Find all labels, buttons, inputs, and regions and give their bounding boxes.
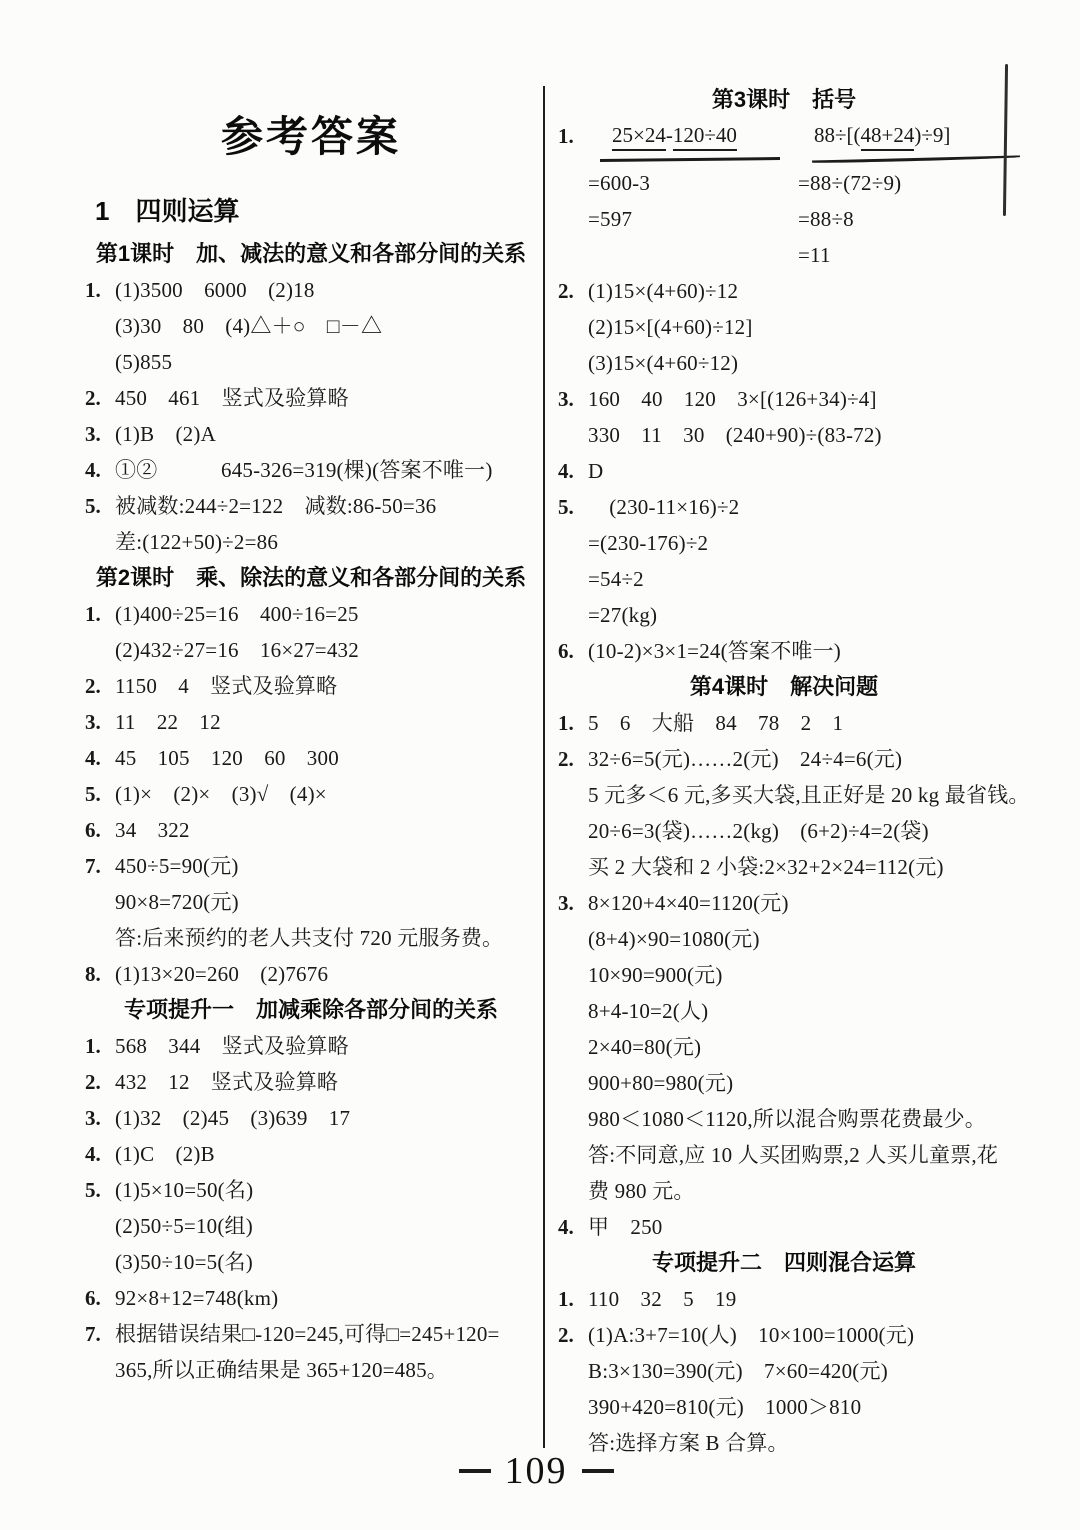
- item-content: 568 344 竖式及验算略: [115, 1028, 537, 1064]
- item-number: 1.: [85, 596, 115, 632]
- item-number: 1.: [558, 705, 588, 741]
- item-number: 1.: [558, 118, 588, 154]
- column-divider-line: [543, 86, 545, 1448]
- answer-line: 20÷6=3(袋)……2(kg) (6+2)÷4=2(袋): [588, 813, 1010, 849]
- answer-line: B:3×130=390(元) 7×60=420(元): [588, 1353, 1010, 1389]
- item-content: 甲 250: [588, 1209, 1010, 1245]
- answer-item: 1.568 344 竖式及验算略: [85, 1028, 537, 1064]
- answer-line: (1)C (2)B: [115, 1136, 537, 1172]
- answer-line: 8×120+4×40=1120(元): [588, 885, 1010, 921]
- answer-line: 5 元多＜6 元,多买大袋,且正好是 20 kg 最省钱。: [588, 777, 1010, 813]
- item-number: 4.: [85, 452, 115, 488]
- answer-line: =88÷8: [798, 201, 1020, 237]
- item-number: 3.: [558, 381, 588, 417]
- item-content: 5 6 大船 84 78 2 1: [588, 705, 1010, 741]
- answer-line: (8+4)×90=1080(元): [588, 921, 1010, 957]
- page-number: 109: [505, 1450, 568, 1492]
- item-content: (1)B (2)A: [115, 416, 537, 452]
- worked-solution: 1.25×24-120÷40=600-3=59788÷[(48+24)÷9]=8…: [558, 118, 1010, 273]
- answer-key-page: 参考答案 1 四则运算 第1课时 加、减法的意义和各部分间的关系1.(1)350…: [0, 0, 1080, 1530]
- item-number: 4.: [558, 453, 588, 489]
- item-number: 2.: [558, 1317, 588, 1353]
- handdrawn-rule: [812, 155, 1020, 163]
- answer-line: 差:(122+50)÷2=86: [115, 524, 537, 560]
- answer-line: 110 32 5 19: [588, 1281, 1010, 1317]
- answer-line: 8+4-10=2(人): [588, 993, 1010, 1029]
- item-number: 2.: [85, 1064, 115, 1100]
- worked-expression: 88÷[(48+24)÷9]: [814, 118, 1020, 152]
- item-content: 110 32 5 19: [588, 1281, 1010, 1317]
- worked-content: 25×24-120÷40=600-3=59788÷[(48+24)÷9]=88÷…: [588, 118, 1010, 273]
- answer-line: (1)A:3+7=10(人) 10×100=1000(元): [588, 1317, 1010, 1353]
- answer-line: (1)B (2)A: [115, 416, 537, 452]
- item-number: 1.: [85, 272, 115, 308]
- underlined-expression: 48+24: [861, 123, 915, 151]
- item-content: (1)3500 6000 (2)18(3)30 80 (4)△＋○ □－△(5)…: [115, 272, 537, 380]
- item-number: 6.: [85, 812, 115, 848]
- answer-line: 34 322: [115, 812, 537, 848]
- answer-line: 费 980 元。: [588, 1173, 1010, 1209]
- underlined-expression: 25×24: [612, 123, 666, 151]
- answer-line: (2)15×[(4+60)÷12]: [588, 309, 1010, 345]
- answer-item: 5.(1)× (2)× (3)√ (4)×: [85, 776, 537, 812]
- item-content: ①② 645-326=319(棵)(答案不唯一): [115, 452, 537, 488]
- answer-line: =(230-176)÷2: [588, 525, 1010, 561]
- item-content: (10-2)×3×1=24(答案不唯一): [588, 633, 1010, 669]
- answer-line: 390+420=810(元) 1000＞810: [588, 1389, 1010, 1425]
- answer-item: 3.8×120+4×40=1120(元)(8+4)×90=1080(元)10×9…: [558, 885, 1010, 1209]
- answer-line: 32÷6=5(元)……2(元) 24÷4=6(元): [588, 741, 1010, 777]
- item-content: 被减数:244÷2=122 减数:86-50=36差:(122+50)÷2=86: [115, 488, 537, 560]
- answer-line: 答:不同意,应 10 人买团购票,2 人买儿童票,花: [588, 1137, 1010, 1173]
- answer-item: 1.(1)400÷25=16 400÷16=25(2)432÷27=16 16×…: [85, 596, 537, 668]
- answer-line: 160 40 120 3×[(126+34)÷4]: [588, 381, 1010, 417]
- item-content: (1)15×(4+60)÷12(2)15×[(4+60)÷12](3)15×(4…: [588, 273, 1010, 381]
- answer-item: 6.(10-2)×3×1=24(答案不唯一): [558, 633, 1010, 669]
- item-number: 3.: [85, 704, 115, 740]
- item-content: (1)C (2)B: [115, 1136, 537, 1172]
- answer-line: 900+80=980(元): [588, 1065, 1010, 1101]
- answer-item: 5.被减数:244÷2=122 减数:86-50=36差:(122+50)÷2=…: [85, 488, 537, 560]
- answer-line: 450÷5=90(元): [115, 848, 537, 884]
- lesson-heading: 专项提升二 四则混合运算: [558, 1245, 1010, 1281]
- answer-line: 买 2 大袋和 2 小袋:2×32+2×24=112(元): [588, 849, 1010, 885]
- footer-dash: [582, 1469, 614, 1473]
- answer-item: 4.①② 645-326=319(棵)(答案不唯一): [85, 452, 537, 488]
- item-content: 32÷6=5(元)……2(元) 24÷4=6(元)5 元多＜6 元,多买大袋,且…: [588, 741, 1010, 885]
- item-number: 2.: [558, 273, 588, 309]
- answer-line: 甲 250: [588, 1209, 1010, 1245]
- answer-item: 7.根据错误结果□-120=245,可得□=245+120=365,所以正确结果…: [85, 1316, 537, 1388]
- item-number: 6.: [85, 1280, 115, 1316]
- item-content: 160 40 120 3×[(126+34)÷4]330 11 30 (240+…: [588, 381, 1010, 453]
- expression-segment: -: [666, 123, 673, 147]
- answer-item: 4.45 105 120 60 300: [85, 740, 537, 776]
- answer-line: (2)50÷5=10(组): [115, 1208, 537, 1244]
- answer-line: (3)30 80 (4)△＋○ □－△: [115, 308, 537, 344]
- left-column-blocks: 第1课时 加、减法的意义和各部分间的关系1.(1)3500 6000 (2)18…: [85, 236, 537, 1388]
- worked-left-column: 25×24-120÷40=600-3=597: [588, 118, 798, 273]
- left-column: 参考答案 1 四则运算 第1课时 加、减法的意义和各部分间的关系1.(1)350…: [85, 98, 537, 1388]
- answer-item: 4.D: [558, 453, 1010, 489]
- worked-right-column: 88÷[(48+24)÷9]=88÷(72÷9)=88÷8=11: [798, 118, 1020, 273]
- answer-line: (230-11×16)÷2: [588, 489, 1010, 525]
- item-number: 8.: [85, 956, 115, 992]
- item-number: 7.: [85, 848, 115, 884]
- answer-line: 568 344 竖式及验算略: [115, 1028, 537, 1064]
- answer-line: 92×8+12=748(km): [115, 1280, 537, 1316]
- answer-line: =54÷2: [588, 561, 1010, 597]
- item-content: (1)A:3+7=10(人) 10×100=1000(元)B:3×130=390…: [588, 1317, 1010, 1461]
- answer-item: 5.(1)5×10=50(名)(2)50÷5=10(组)(3)50÷10=5(名…: [85, 1172, 537, 1280]
- expression-segment: 88÷[(: [814, 123, 861, 147]
- underlined-expression: 120÷40: [673, 123, 737, 151]
- page-footer: 109: [0, 1450, 1072, 1492]
- answer-line: 90×8=720(元): [115, 884, 537, 920]
- answer-line: 答:后来预约的老人共支付 720 元服务费。: [115, 920, 537, 956]
- item-content: 1150 4 竖式及验算略: [115, 668, 537, 704]
- answer-item: 2.1150 4 竖式及验算略: [85, 668, 537, 704]
- lesson-heading: 第4课时 解决问题: [558, 669, 1010, 705]
- lesson-heading: 第2课时 乘、除法的意义和各部分间的关系: [85, 560, 537, 596]
- item-content: (1)× (2)× (3)√ (4)×: [115, 776, 537, 812]
- answer-line: 330 11 30 (240+90)÷(83-72): [588, 417, 1010, 453]
- answer-item: 3.(1)32 (2)45 (3)639 17: [85, 1100, 537, 1136]
- item-content: 450÷5=90(元)90×8=720(元)答:后来预约的老人共支付 720 元…: [115, 848, 537, 956]
- answer-line: (1)15×(4+60)÷12: [588, 273, 1010, 309]
- answer-line: (3)50÷10=5(名): [115, 1244, 537, 1280]
- answer-item: 2.450 461 竖式及验算略: [85, 380, 537, 416]
- lesson-heading: 第1课时 加、减法的意义和各部分间的关系: [85, 236, 537, 272]
- item-number: 6.: [558, 633, 588, 669]
- answer-item: 4.甲 250: [558, 1209, 1010, 1245]
- answer-item: 1.5 6 大船 84 78 2 1: [558, 705, 1010, 741]
- answer-item: 2.(1)15×(4+60)÷12(2)15×[(4+60)÷12](3)15×…: [558, 273, 1010, 381]
- answer-line: =27(kg): [588, 597, 1010, 633]
- item-content: 450 461 竖式及验算略: [115, 380, 537, 416]
- answer-line: 1150 4 竖式及验算略: [115, 668, 537, 704]
- item-number: 1.: [85, 1028, 115, 1064]
- worked-pair: 25×24-120÷40=600-3=59788÷[(48+24)÷9]=88÷…: [588, 118, 1010, 273]
- item-number: 3.: [558, 885, 588, 921]
- section-heading: 1 四则运算: [95, 194, 537, 228]
- item-content: 8×120+4×40=1120(元)(8+4)×90=1080(元)10×90=…: [588, 885, 1010, 1209]
- answer-line: (1)× (2)× (3)√ (4)×: [115, 776, 537, 812]
- page-title: 参考答案: [85, 112, 537, 162]
- answer-line: 365,所以正确结果是 365+120=485。: [115, 1352, 537, 1388]
- answer-line: 11 22 12: [115, 704, 537, 740]
- answer-line: 450 461 竖式及验算略: [115, 380, 537, 416]
- answer-line: ①② 645-326=319(棵)(答案不唯一): [115, 452, 537, 488]
- answer-line: =11: [798, 237, 1020, 273]
- item-number: 3.: [85, 416, 115, 452]
- lesson-heading: 第3课时 括号: [558, 82, 1010, 118]
- item-content: 432 12 竖式及验算略: [115, 1064, 537, 1100]
- answer-line: 10×90=900(元): [588, 957, 1010, 993]
- answer-line: 432 12 竖式及验算略: [115, 1064, 537, 1100]
- answer-line: (1)3500 6000 (2)18: [115, 272, 537, 308]
- footer-dash: [459, 1469, 491, 1473]
- item-number: 4.: [558, 1209, 588, 1245]
- answer-item: 2.32÷6=5(元)……2(元) 24÷4=6(元)5 元多＜6 元,多买大袋…: [558, 741, 1010, 885]
- lesson-heading: 专项提升一 加减乘除各部分间的关系: [85, 992, 537, 1028]
- answer-line: 980＜1080＜1120,所以混合购票花费最少。: [588, 1101, 1010, 1137]
- answer-item: 7.450÷5=90(元)90×8=720(元)答:后来预约的老人共支付 720…: [85, 848, 537, 956]
- item-number: 2.: [85, 668, 115, 704]
- answer-item: 3.(1)B (2)A: [85, 416, 537, 452]
- answer-line: 45 105 120 60 300: [115, 740, 537, 776]
- answer-line: 2×40=80(元): [588, 1029, 1010, 1065]
- answer-line: (2)432÷27=16 16×27=432: [115, 632, 537, 668]
- item-number: 5.: [558, 489, 588, 525]
- answer-line: (1)13×20=260 (2)7676: [115, 956, 537, 992]
- expression-segment: )÷9]: [914, 123, 950, 147]
- item-content: (1)5×10=50(名)(2)50÷5=10(组)(3)50÷10=5(名): [115, 1172, 537, 1280]
- item-number: 2.: [85, 380, 115, 416]
- answer-line: =597: [588, 201, 798, 237]
- worked-expression: 25×24-120÷40: [612, 118, 798, 152]
- item-number: 7.: [85, 1316, 115, 1352]
- answer-item: 3.160 40 120 3×[(126+34)÷4]330 11 30 (24…: [558, 381, 1010, 453]
- answer-line: 根据错误结果□-120=245,可得□=245+120=: [115, 1316, 537, 1352]
- item-number: 5.: [85, 1172, 115, 1208]
- answer-line: (1)32 (2)45 (3)639 17: [115, 1100, 537, 1136]
- item-content: 11 22 12: [115, 704, 537, 740]
- answer-item: 4.(1)C (2)B: [85, 1136, 537, 1172]
- handdrawn-rule: [600, 157, 780, 161]
- item-content: (1)13×20=260 (2)7676: [115, 956, 537, 992]
- answer-item: 2.432 12 竖式及验算略: [85, 1064, 537, 1100]
- answer-line: (1)400÷25=16 400÷16=25: [115, 596, 537, 632]
- answer-item: 3.11 22 12: [85, 704, 537, 740]
- item-number: 2.: [558, 741, 588, 777]
- answer-item: 8.(1)13×20=260 (2)7676: [85, 956, 537, 992]
- item-content: (230-11×16)÷2=(230-176)÷2=54÷2=27(kg): [588, 489, 1010, 633]
- answer-line: 5 6 大船 84 78 2 1: [588, 705, 1010, 741]
- item-content: 根据错误结果□-120=245,可得□=245+120=365,所以正确结果是 …: [115, 1316, 537, 1388]
- item-number: 5.: [85, 776, 115, 812]
- right-column-blocks: 第3课时 括号1.25×24-120÷40=600-3=59788÷[(48+2…: [558, 82, 1010, 1461]
- item-number: 1.: [558, 1281, 588, 1317]
- item-number: 3.: [85, 1100, 115, 1136]
- answer-line: D: [588, 453, 1010, 489]
- item-number: 4.: [85, 1136, 115, 1172]
- item-content: (1)32 (2)45 (3)639 17: [115, 1100, 537, 1136]
- answer-line: =600-3: [588, 165, 798, 201]
- answer-item: 6.92×8+12=748(km): [85, 1280, 537, 1316]
- answer-item: 6.34 322: [85, 812, 537, 848]
- answer-item: 1.110 32 5 19: [558, 1281, 1010, 1317]
- item-number: 4.: [85, 740, 115, 776]
- item-content: 34 322: [115, 812, 537, 848]
- item-content: D: [588, 453, 1010, 489]
- answer-line: (5)855: [115, 344, 537, 380]
- answer-line: (1)5×10=50(名): [115, 1172, 537, 1208]
- item-content: (1)400÷25=16 400÷16=25(2)432÷27=16 16×27…: [115, 596, 537, 668]
- answer-item: 1.(1)3500 6000 (2)18(3)30 80 (4)△＋○ □－△(…: [85, 272, 537, 380]
- answer-item: 5. (230-11×16)÷2=(230-176)÷2=54÷2=27(kg): [558, 489, 1010, 633]
- item-content: 92×8+12=748(km): [115, 1280, 537, 1316]
- item-number: 5.: [85, 488, 115, 524]
- answer-line: (3)15×(4+60÷12): [588, 345, 1010, 381]
- answer-line: 被减数:244÷2=122 减数:86-50=36: [115, 488, 537, 524]
- right-column: 第3课时 括号1.25×24-120÷40=600-3=59788÷[(48+2…: [558, 82, 1010, 1461]
- answer-line: =88÷(72÷9): [798, 165, 1020, 201]
- answer-line: (10-2)×3×1=24(答案不唯一): [588, 633, 1010, 669]
- item-content: 45 105 120 60 300: [115, 740, 537, 776]
- answer-item: 2.(1)A:3+7=10(人) 10×100=1000(元)B:3×130=3…: [558, 1317, 1010, 1461]
